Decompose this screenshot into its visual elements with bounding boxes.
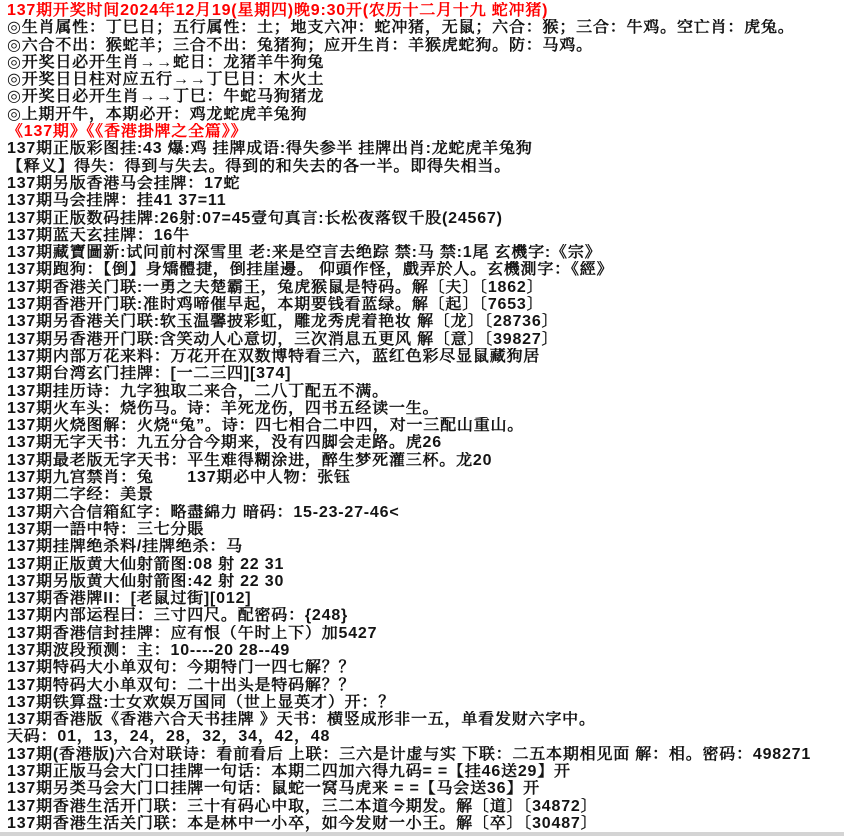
text-line: 137期六合信箱紅字：略盡綿力 暗码：15-23-27-46< [7,504,844,521]
text-line: 137期(香港版)六合对联诗：看前看后 上联：三六是计虚与实 下联：二五本期相见… [7,746,844,763]
text-line: 137期马会挂牌：挂41 37=11 [7,192,844,209]
text-line: 137期波段预测：主：10----20 28--49 [7,642,844,659]
text-line: 137期铁算盘:士女欢娱万国同（世上显英才）开：？ [7,694,844,711]
text-line: 137期香港关门联:一勇之夫楚霸王，兔虎猴鼠是特码。解〔夫〕〔1862〕 [7,279,844,296]
text-line: 137期开奖时间2024年12月19(星期四)晚9:30开(农历十二月十九 蛇冲… [7,2,844,19]
text-line: 137期香港生活关门联：本是林中一小卒，如今发财一小王。解〔卒〕〔30487〕 [7,815,844,832]
text-line: 137期正版数码挂牌:26射:07=45壹句真言:长松夜落钗千股(24567) [7,210,844,227]
text-line: 137期另香港关门联:软玉温馨披彩虹，雕龙秀虎着艳妆 解〔龙〕〔28736〕 [7,313,844,330]
text-line: ◎生肖属性：丁巳日；五行属性：土；地支六冲：蛇冲猪，无鼠；六合：猴；三合：牛鸡。… [7,19,844,36]
text-line: ◎开奖日日柱对应五行→→丁巳日：木火土 [7,71,844,88]
document-page: 137期开奖时间2024年12月19(星期四)晚9:30开(农历十二月十九 蛇冲… [0,0,844,832]
text-line: 137期香港版《香港六合天书挂牌 》天书：横竖成形非一五，单看发财六字中。 [7,711,844,728]
text-line: 【释义】得失：得到与失去。得到的和失去的各一半。即得失相当。 [7,158,844,175]
text-line: ◎开奖日必开生肖→→蛇日：龙猪羊牛狗兔 [7,54,844,71]
text-line: 137期跑狗：【倒】身矯體捷，倒挂崖邊。 仰頭作怪，戲弄於人。玄機測字：《經》 [7,261,844,278]
text-line: 137期香港牌II：[老鼠过街][012] [7,590,844,607]
text-line: ◎开奖日必开生肖→→丁巳：牛蛇马狗猪龙 [7,88,844,105]
text-line: 137期火车头：烧伤马。诗：羊死龙伤，四书五经读一生。 [7,400,844,417]
text-line: 137期另类马会大门口挂牌一句话：鼠蛇一窝马虎来 = =【马会送36】开 [7,780,844,797]
text-line: 137期特码大小单双句：今期特门一四七解？？ [7,659,844,676]
text-line: 137期一語中特：三七分賬 [7,521,844,538]
text-line: 137期台湾玄门挂牌：[一二三四][374] [7,365,844,382]
text-line: 137期挂牌绝杀料/挂牌绝杀：马 [7,538,844,555]
text-line: 137期另版黄大仙射箭图:42 射 22 30 [7,573,844,590]
text-line: 137期九宫禁肖：兔 137期必中人物：张钰 [7,469,844,486]
text-line: ◎上期开牛，本期必开：鸡龙蛇虎羊兔狗 [7,106,844,123]
text-line: 137期内部运程曰：三寸四尺。配密码：{248} [7,607,844,624]
text-line: 137期另香港开门联:含笑动人心意切，三次消息五更风 解〔意〕〔39827〕 [7,331,844,348]
text-line: 137期另版香港马会挂牌：17蛇 [7,175,844,192]
text-line: 137期香港生活开门联：三十有码心中取，三二本道今期发。解〔道〕〔34872〕 [7,798,844,815]
text-line: 137期香港开门联:准时鸡啼催早起，本期要钱看蓝绿。解〔起〕〔7653〕 [7,296,844,313]
text-line: 137期火烧图解：火烧“兔”。诗：四七相合二中四，对一三配山重山。 [7,417,844,434]
text-line: 天码：01，13，24，28，32，34，42，48 [7,728,844,745]
text-line: 137期蓝天玄挂牌：16牛 [7,227,844,244]
bottom-edge-divider [0,832,844,836]
text-line: 137期藏寶圖新:试问前村深雪里 老:来是空言去绝踪 禁:马 禁:1尾 玄機字:… [7,244,844,261]
text-line: 《137期》《《香港掛牌之全篇》》 [7,123,844,140]
text-line: 137期正版马会大门口挂牌一句话：本期二四加六得九码= =【挂46送29】开 [7,763,844,780]
text-line: 137期二字经：美景 [7,486,844,503]
text-line: ◎六合不出：猴蛇羊；三合不出：兔猪狗；应开生肖：羊猴虎蛇狗。防：马鸡。 [7,37,844,54]
text-line: 137期最老版无字天书：平生难得糊涂进，醉生梦死灌三杯。龙20 [7,452,844,469]
text-line: 137期正版彩图挂:43 爆:鸡 挂牌成语:得失参半 挂牌出肖:龙蛇虎羊兔狗 [7,140,844,157]
text-line: 137期正版黄大仙射箭图:08 射 22 31 [7,556,844,573]
text-line: 137期香港信封挂牌：应有恨（午时上下）加5427 [7,625,844,642]
text-line: 137期挂历诗：九字独取二来合，二八丁配五不满。 [7,383,844,400]
text-line: 137期内部万花来料：万花开在双数博特看三六，蓝红色彩尽显鼠藏狗居 [7,348,844,365]
text-line: 137期特码大小单双句：二十出头是特码解？？ [7,677,844,694]
text-line: 137期无字天书：九五分合今期来，没有四脚会走路。虎26 [7,434,844,451]
